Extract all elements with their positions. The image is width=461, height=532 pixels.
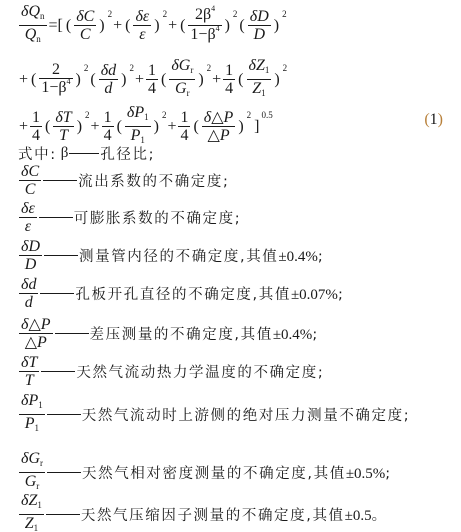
em-dash <box>46 514 80 515</box>
close-paren: ) <box>198 71 203 89</box>
definition-text: 天然气相对密度测量的不确定度,其值 <box>82 466 346 482</box>
denominator: 4 <box>223 80 235 97</box>
definition-text: 差压测量的不确定度,其值 <box>90 327 273 343</box>
term-dc-c: δC C <box>74 8 96 43</box>
subscript: 1 <box>144 112 149 122</box>
close-paren: ) <box>76 71 81 89</box>
plus-sign: + <box>19 71 28 89</box>
exponent: 2 <box>129 63 134 73</box>
denominator: 1−β <box>41 79 66 96</box>
subscript: 1 <box>38 400 43 410</box>
punctuation: ; <box>338 287 345 303</box>
definition-text: 孔板开孔直径的不确定度,其值 <box>75 287 291 303</box>
denominator: C <box>23 181 38 198</box>
close-paren: ) <box>77 118 82 136</box>
punctuation: ; <box>312 327 319 343</box>
denominator: T <box>23 372 36 389</box>
term-beta-ratio: 2β4 1−β4 <box>188 6 221 45</box>
numerator: 1 <box>223 62 235 79</box>
definition-text: 可膨胀系数的不确定度; <box>74 207 241 228</box>
definition-text: 测量管内径的不确定度,其值 <box>79 249 278 265</box>
plus-sign: + <box>212 71 221 89</box>
open-paren: ( <box>31 71 36 89</box>
subscript: 1 <box>35 423 40 433</box>
denominator: Z <box>25 515 34 532</box>
definition-row: δDD 测量管内径的不确定度,其值±0.4%; <box>18 238 324 273</box>
exponent: 2 <box>162 110 167 120</box>
close-paren: ) <box>121 71 126 89</box>
denominator: △P <box>206 127 232 144</box>
exponent: 2 <box>85 110 90 120</box>
lhs-denominator: Q <box>25 26 37 43</box>
open-paren: ( <box>45 118 50 136</box>
term-dZ1-Z1: δZ1 Z1 <box>247 57 272 102</box>
subscript: n <box>40 11 45 21</box>
em-dash <box>47 414 81 415</box>
exponent: 2 <box>207 63 212 73</box>
definition-row: δTT 天然气流动热力学温度的不确定度; <box>18 354 324 389</box>
uncertainty-value: ±0.5% <box>346 466 385 482</box>
plus-sign: + <box>167 118 176 136</box>
definition-text: 流出系数的不确定度; <box>78 170 229 191</box>
numerator: 2 <box>50 61 62 78</box>
close-paren: ) <box>274 71 279 89</box>
em-dash <box>44 255 78 256</box>
uncertainty-value: ±0.07% <box>291 287 338 303</box>
definition-row: δGrGr 天然气相对密度测量的不确定度,其值±0.5%; <box>18 450 392 495</box>
denominator: △P <box>23 334 49 351</box>
open-paren: ( <box>66 17 71 35</box>
beta-definition: 孔径比; <box>100 143 155 164</box>
exponent: 2 <box>282 9 287 19</box>
uncertainty-value: ±0.4% <box>278 249 317 265</box>
subscript: 1 <box>261 88 266 98</box>
em-dash <box>40 293 74 294</box>
numerator: δ△P <box>202 109 236 126</box>
denominator: T <box>57 127 70 144</box>
exponent-half: 0.5 <box>261 110 272 120</box>
equals-bracket: =[ <box>49 17 63 35</box>
numerator: δD <box>248 8 271 25</box>
punctuation: ; <box>385 466 392 482</box>
denominator: d <box>102 80 114 97</box>
term-ddP-dP: δ△P △P <box>202 109 236 144</box>
definition-text: 天然气流动时上游侧的绝对压力测量不确定度; <box>82 404 410 425</box>
numerator: 1 <box>178 109 190 126</box>
plus-sign: + <box>113 17 122 35</box>
exponent: 2 <box>247 110 252 120</box>
open-paren: ( <box>193 118 198 136</box>
term-de-e: δε ε <box>133 8 151 43</box>
denominator: 4 <box>146 80 158 97</box>
subscript: n <box>36 34 41 44</box>
coef-quarter: 1 4 <box>30 109 42 144</box>
coef-quarter: 1 4 <box>178 109 190 144</box>
subscript: 1 <box>34 523 39 532</box>
em-dash <box>69 153 99 154</box>
numerator: δZ <box>21 492 37 509</box>
term-dT-T: δT T <box>53 109 73 144</box>
em-dash <box>41 371 75 372</box>
equation-line-2: + ( 2 1−β4 )2 ( δd d )2 + 1 4 ( δGr Gr )… <box>18 57 287 102</box>
numerator: δD <box>19 238 42 255</box>
where-clause: 式中: β 孔径比; <box>18 143 155 164</box>
coef-quarter: 1 4 <box>102 109 114 144</box>
open-paren: ( <box>239 17 244 35</box>
close-paren: ) <box>154 17 159 35</box>
plus-sign: + <box>19 118 28 136</box>
subscript: r <box>190 65 193 75</box>
denominator: ε <box>137 26 147 43</box>
subscript: 1 <box>37 500 42 510</box>
close-paren: ) <box>438 111 443 128</box>
subscript: r <box>187 88 190 98</box>
term-dD-D: δD D <box>248 8 271 43</box>
uncertainty-value: ±0.4% <box>273 327 312 343</box>
exponent: 2 <box>233 9 238 19</box>
equation-number-value: 1 <box>430 111 438 128</box>
open-paren: ( <box>117 118 122 136</box>
lhs-numerator: δQ <box>21 3 40 20</box>
numerator: δP <box>127 104 144 121</box>
plus-sign: + <box>135 71 144 89</box>
beta-symbol: β <box>61 145 69 162</box>
exponent: 2 <box>163 9 168 19</box>
denominator: D <box>251 26 267 43</box>
denominator: 4 <box>30 127 42 144</box>
term-dGr-Gr: δGr Gr <box>169 57 195 102</box>
open-paren: ( <box>125 17 130 35</box>
numerator: δP <box>21 392 38 409</box>
close-paren: ) <box>225 17 230 35</box>
punctuation: ; <box>318 249 325 265</box>
em-dash <box>55 333 89 334</box>
denominator: G <box>175 80 187 97</box>
numerator: δd <box>99 62 118 79</box>
numerator: δε <box>19 200 37 217</box>
numerator: δT <box>19 354 39 371</box>
definition-text: 天然气压缩因子测量的不确定度,其值 <box>81 508 345 524</box>
definition-row: δdd 孔板开孔直径的不确定度,其值±0.07%; <box>18 276 344 311</box>
definition-row: δεε 可膨胀系数的不确定度; <box>18 200 241 235</box>
numerator: δG <box>21 450 40 467</box>
denominator: G <box>25 473 37 490</box>
denominator: Z <box>252 80 261 97</box>
exponent: 2 <box>84 63 89 73</box>
punctuation: 。 <box>372 508 388 524</box>
subscript: r <box>40 458 43 468</box>
denominator: 1−β <box>190 26 215 43</box>
subscript: r <box>36 481 39 491</box>
plus-sign: + <box>168 17 177 35</box>
denominator: ε <box>23 218 33 235</box>
open-paren: ( <box>180 17 185 35</box>
coef-quarter: 1 4 <box>223 62 235 97</box>
numerator: δC <box>74 8 96 25</box>
open-paren: ( <box>161 71 166 89</box>
lhs-fraction: δQn Qn <box>19 3 47 48</box>
numerator: δG <box>171 57 190 74</box>
definition-row: δ△P△P 差压测量的不确定度,其值±0.4%; <box>18 316 319 351</box>
em-dash <box>39 217 73 218</box>
exponent: 4 <box>216 24 220 33</box>
close-bracket: ] <box>254 118 259 136</box>
exponent: 2 <box>283 63 288 73</box>
denominator: D <box>23 256 39 273</box>
numerator: δε <box>133 8 151 25</box>
close-paren: ) <box>274 17 279 35</box>
uncertainty-value: ±0.5 <box>345 508 372 524</box>
definition-row: δCC 流出系数的不确定度; <box>18 163 230 198</box>
numerator: 1 <box>146 62 158 79</box>
numerator: δd <box>19 276 38 293</box>
open-paren: ( <box>90 71 95 89</box>
em-dash <box>43 180 77 181</box>
definition-text: 天然气流动热力学温度的不确定度; <box>76 361 324 382</box>
close-paren: ) <box>238 118 243 136</box>
numerator: 2β <box>195 6 211 23</box>
em-dash <box>47 472 81 473</box>
numerator: 1 <box>102 109 114 126</box>
numerator: δZ <box>249 57 265 74</box>
denominator: P <box>131 127 141 144</box>
equation-line-1: δQn Qn =[ ( δC C )2 + ( δε ε )2 + ( 2β4 … <box>18 3 287 48</box>
close-paren: ) <box>154 118 159 136</box>
plus-sign: + <box>91 118 100 136</box>
term-dd-d: δd d <box>99 62 118 97</box>
denominator: P <box>25 415 35 432</box>
exponent: 2 <box>108 9 113 19</box>
numerator: δ△P <box>19 316 53 333</box>
denominator: 4 <box>178 127 190 144</box>
close-paren: ) <box>99 17 104 35</box>
open-paren: ( <box>238 71 243 89</box>
denominator: 4 <box>102 127 114 144</box>
definition-row: δP1P1 天然气流动时上游侧的绝对压力测量不确定度; <box>18 392 410 437</box>
subscript: 1 <box>265 65 270 75</box>
numerator: 1 <box>30 109 42 126</box>
exponent: 4 <box>211 4 215 13</box>
exponent: 4 <box>67 77 71 86</box>
definition-row: δZ1Z1 天然气压缩因子测量的不确定度,其值±0.5。 <box>18 492 388 532</box>
term-2-over-beta: 2 1−β4 <box>39 61 72 98</box>
denominator: C <box>78 26 93 43</box>
where-label: 式中: <box>18 143 57 164</box>
denominator: d <box>23 294 35 311</box>
coef-quarter: 1 4 <box>146 62 158 97</box>
equation-number: (1) <box>424 111 443 129</box>
numerator: δC <box>19 163 41 180</box>
numerator: δT <box>53 109 73 126</box>
